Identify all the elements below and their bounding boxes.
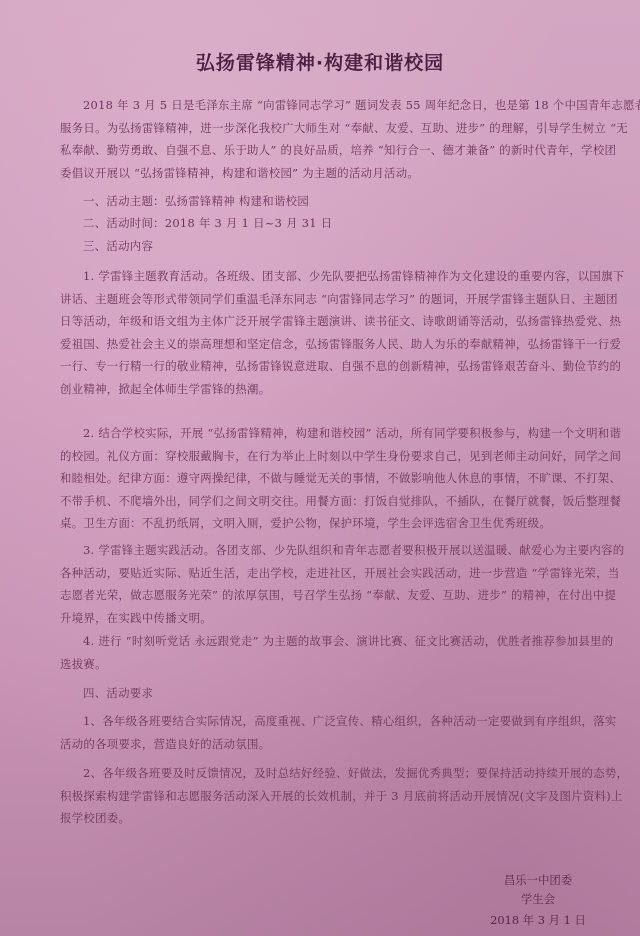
item2-line: 的校园。礼仪方面：穿校服戴胸卡，在行为举止上时刻以中学生身份要求自己，见到老师主… xyxy=(60,448,582,464)
requirement2-line: 积极探索构建学雷锋和志愿服务活动深入开展的长效机制，并于 3 月底前将活动开展情… xyxy=(60,788,582,804)
signature-student-union: 学生会 xyxy=(468,891,608,907)
item1-line: 日等活动，年级和语文组为主体广泛开展学雷锋主题演讲、读书征文、诗歌朗诵等活动，弘… xyxy=(60,313,582,329)
item2-line: 不带手机、不爬墙外出，同学们之间文明交往。用餐方面：打饭自觉排队，不插队，在餐厅… xyxy=(60,493,582,509)
intro-line: 委倡议开展以 “弘扬雷锋精神，构建和谐校园” 为主题的活动月活动。 xyxy=(60,165,419,181)
item3-line: 3. 学雷锋主题实践活动。各团支部、少先队组织和青年志愿者要积极开展以送温暖、献… xyxy=(83,542,582,558)
signature-date: 2018 年 3 月 1 日 xyxy=(468,912,608,928)
section-content-heading: 三、活动内容 xyxy=(83,238,153,254)
section-requirements-heading: 四、活动要求 xyxy=(83,685,153,701)
section-time: 二、活动时间：2018 年 3 月 1 日~3 月 31 日 xyxy=(83,215,332,231)
requirement1-line: 1、各年级各班要结合实际情况，高度重视、广泛宣传、精心组织，各种活动一定要做到有… xyxy=(83,713,582,729)
item2-line: 2. 结合学校实际，开展 “弘扬雷锋精神，构建和谐校园” 活动，所有同学要积极参… xyxy=(83,425,582,441)
intro-line: 私奉献、勤劳勇敢、自强不息、乐于助人” 的良好品质，培养 “知行合一、德才兼备”… xyxy=(60,142,582,158)
item1-line: 创业精神，掀起全体师生学雷锋的热潮。 xyxy=(60,381,270,397)
item2-line: 桌。卫生方面：不乱扔纸屑，文明入厕，爱护公物，保护环境，学生会评选宿舍卫生优秀班… xyxy=(60,515,551,531)
requirement2-line: 报学校团委。 xyxy=(60,810,130,826)
item3-line: 各种活动，要贴近实际、贴近生活，走出学校，走进社区，开展社会实践活动，进一步营造… xyxy=(60,565,582,581)
signature-org-committee: 昌乐一中团委 xyxy=(468,872,608,888)
item4-line: 4. 进行 “时刻听党话 永远跟党走” 为主题的故事会、演讲比赛、征文比赛活动，… xyxy=(83,633,582,649)
section-theme: 一、活动主题：弘扬雷锋精神 构建和谐校园 xyxy=(83,193,309,209)
intro-line: 服务日。为弘扬雷锋精神，进一步深化我校广大师生对 “奉献、友爱、互助、进步” 的… xyxy=(60,120,582,136)
item2-line: 和睦相处。纪律方面：遵守两操纪律，不做与睡觉无关的事情，不做影响他人休息的事情，… xyxy=(60,470,582,486)
intro-line: 2018 年 3 月 5 日是毛泽东主席 “向雷锋同志学习” 题词发表 55 周… xyxy=(83,97,582,113)
item1-line: 讲话、主题班会等形式带领同学们重温毛泽东同志 “向雷锋同志学习” 的题词，开展学… xyxy=(60,291,582,307)
item3-line: 升境界，在实践中传播文明。 xyxy=(60,610,212,626)
requirement2-line: 2、各年级各班要及时反馈情况，及时总结好经验、好做法，发掘优秀典型；要保持活动持… xyxy=(83,765,582,781)
item1-line: 一行、专一行精一行的敬业精神，弘扬雷锋锐意进取、自强不息的创新精神，弘扬雷锋艰苦… xyxy=(60,358,582,374)
item3-line: 志愿者光荣，做志愿服务光荣” 的浓厚氛围，号召学生弘扬 “奉献、友爱、互助、进步… xyxy=(60,587,582,603)
item4-line: 选拔赛。 xyxy=(60,656,107,672)
requirement1-line: 活动的各项要求，营造良好的活动氛围。 xyxy=(60,736,270,752)
document-title: 弘扬雷锋精神·构建和谐校园 xyxy=(0,48,640,75)
item1-line: 1. 学雷锋主题教育活动。各班级、团支部、少先队要把弘扬雷锋精神作为文化建设的重… xyxy=(83,268,582,284)
item1-line: 爱祖国、热爱社会主义的崇高理想和坚定信念，弘扬雷锋服务人民、助人为乐的奉献精神，… xyxy=(60,336,582,352)
